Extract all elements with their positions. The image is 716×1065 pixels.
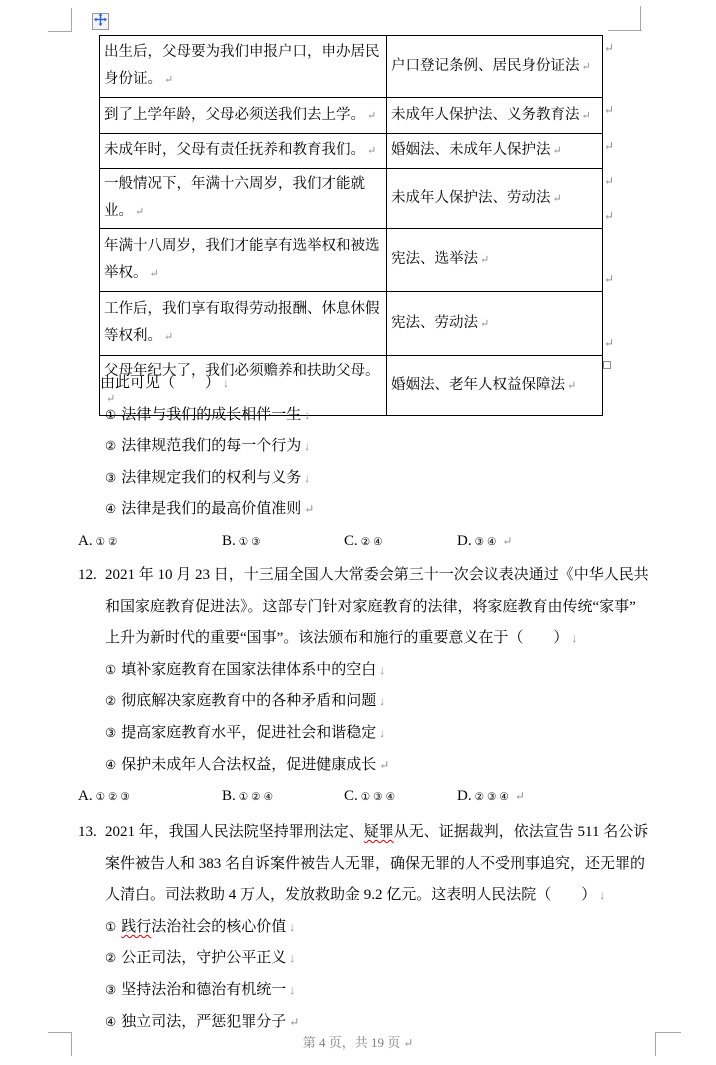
- soft-break-mark: ↓: [379, 694, 385, 708]
- choice-numbers: ①③: [239, 537, 264, 548]
- cell-end-mark: ↵: [480, 318, 489, 330]
- question-stem: 和国家庭教育促进法》。这部专门针对家庭教育的法律，将家庭教育由传统“家事”: [72, 592, 642, 624]
- soft-break-mark: ↓: [223, 376, 229, 390]
- table-cell-situation: 未成年时，父母有责任抚养和教育我们。↵: [100, 134, 387, 169]
- soft-break-mark: ↓: [289, 951, 295, 965]
- choice-numbers: ①②④: [239, 792, 276, 803]
- spellcheck-underlined-text: 疑罪: [364, 824, 394, 840]
- cell-end-mark: ↵: [367, 145, 376, 157]
- choice-label: A.: [78, 533, 93, 549]
- cell-text: 未成年人保护法、义务教育法: [391, 107, 580, 123]
- table-cell-laws: 宪法、选举法↵: [387, 229, 603, 292]
- choice-B: B.①②④: [222, 781, 276, 814]
- soft-break-mark: ↓: [379, 663, 385, 677]
- option-marker: ④: [105, 502, 116, 516]
- paragraph-mark: ↵: [379, 758, 389, 772]
- paragraph-mark: ↵: [304, 502, 314, 516]
- choice-numbers: ①②: [96, 537, 121, 548]
- option-line: ①填补家庭教育在国家法律体系中的空白↓: [72, 655, 642, 687]
- answer-choices-row: A.①②③ B.①②④ C.①③④ D.②③④↵: [72, 781, 642, 813]
- option-marker: ③: [105, 471, 116, 485]
- option-marker: ③: [105, 726, 116, 740]
- cell-end-mark: ↵: [135, 206, 144, 218]
- question-stem: 案件被告人和 383 名自诉案件被告人无罪，确保无罪的人不受刑事追究，还无罪的: [72, 849, 642, 881]
- soft-break-mark: ↓: [289, 920, 295, 934]
- cell-text: 出生后，父母要为我们申报户口，申办居民身份证。: [104, 44, 380, 87]
- row-end-mark: ↵: [604, 140, 614, 152]
- page-footer: 第 4 页，共 19 页↵: [0, 1032, 716, 1051]
- question-stem: 12.2021 年 10 月 23 日，十三届全国人大常委会第三十一次会议表决通…: [72, 560, 642, 592]
- row-end-mark: ↵: [604, 175, 614, 187]
- table-cell-laws: 未成年人保护法、义务教育法↵: [387, 98, 603, 134]
- option-line: ④保护未成年人合法权益，促进健康成长↵: [72, 750, 642, 782]
- option-text: 保护未成年人合法权益，促进健康成长: [121, 757, 376, 773]
- soft-break-mark: ↓: [304, 439, 310, 453]
- choice-label: A.: [78, 788, 93, 804]
- choice-label: D.: [457, 533, 472, 549]
- table-row: 年满十八周岁，我们才能享有选举权和被选举权。↵ 宪法、选举法↵: [100, 229, 603, 292]
- table-cell-laws: 户口登记条例、居民身份证法↵: [387, 36, 603, 98]
- table-row: 出生后，父母要为我们申报户口，申办居民身份证。↵ 户口登记条例、居民身份证法↵: [100, 36, 603, 98]
- soft-break-mark: ↓: [379, 726, 385, 740]
- option-line: ②彻底解决家庭教育中的各种矛盾和问题↓: [72, 686, 642, 718]
- stem-text: 案件被告人和 383 名自诉案件被告人无罪，确保无罪的人不受刑事追究，还无罪的: [105, 856, 645, 872]
- laws-table: 出生后，父母要为我们申报户口，申办居民身份证。↵ 户口登记条例、居民身份证法↵ …: [99, 35, 603, 416]
- option-marker: ①: [105, 663, 116, 677]
- row-end-mark: ↵: [604, 210, 614, 222]
- choice-label: C.: [344, 788, 358, 804]
- row-end-mark: ↵: [604, 273, 614, 285]
- option-marker: ②: [105, 951, 116, 965]
- cell-end-mark: ↵: [164, 331, 173, 343]
- option-text: 提高家庭教育水平，促进社会和谐稳定: [121, 725, 376, 741]
- table-cell-laws: 未成年人保护法、劳动法↵: [387, 169, 603, 229]
- table-cell-situation: 出生后，父母要为我们申报户口，申办居民身份证。↵: [100, 36, 387, 98]
- row-end-mark: ↵: [604, 104, 614, 116]
- option-marker: ②: [105, 694, 116, 708]
- choice-D: D.②③④↵: [457, 781, 525, 814]
- cell-end-mark: ↵: [553, 193, 562, 205]
- table-cell-laws: 婚姻法、未成年人保护法↵: [387, 134, 603, 169]
- page-number-text: 第 4 页，共 19 页: [303, 1035, 401, 1050]
- spellcheck-underlined-text: 践行: [121, 919, 151, 935]
- cell-text: 户口登记条例、居民身份证法: [391, 58, 580, 74]
- option-marker: ③: [105, 983, 116, 997]
- option-marker: ②: [105, 439, 116, 453]
- choice-numbers: ②③④: [475, 792, 512, 803]
- cell-end-mark: ↵: [367, 110, 376, 122]
- option-marker: ①: [105, 408, 116, 422]
- cell-text: 年满十八周岁，我们才能享有选举权和被选举权。: [104, 238, 380, 281]
- question-13: 13.2021 年，我国人民法院坚持罪刑法定、疑罪从无、证据裁判，依法宣告 51…: [72, 817, 642, 1038]
- option-line: ①践行法治社会的核心价值↓: [72, 912, 642, 944]
- question-12: 12.2021 年 10 月 23 日，十三届全国人大常委会第三十一次会议表决通…: [72, 560, 642, 813]
- option-line: ③法律规定我们的权利与义务↓: [72, 463, 642, 495]
- crop-mark-top-right-v: [640, 6, 641, 30]
- row-end-mark: ↵: [604, 42, 614, 54]
- paragraph-mark: ↵: [403, 1036, 413, 1050]
- option-line: ①法律与我们的成长相伴一生↓: [72, 400, 642, 432]
- cell-text: 婚姻法、未成年人保护法: [391, 142, 551, 158]
- cell-text: 到了上学年龄，父母必须送我们去上学。: [104, 107, 365, 123]
- option-text: 彻底解决家庭教育中的各种矛盾和问题: [121, 693, 376, 709]
- choice-B: B.①③: [222, 526, 264, 559]
- cell-text: 宪法、选举法: [391, 251, 478, 267]
- choice-numbers: ①②③: [96, 792, 133, 803]
- choice-label: D.: [457, 788, 472, 804]
- option-marker: ①: [105, 920, 116, 934]
- option-text: 公正司法，守护公平正义: [121, 950, 286, 966]
- cell-text: 宪法、劳动法: [391, 315, 478, 331]
- soft-break-mark: ↓: [304, 471, 310, 485]
- choice-C: C.②④: [344, 526, 386, 559]
- table-cell-situation: 工作后，我们享有取得劳动报酬、休息休假等权利。↵: [100, 292, 387, 356]
- option-marker: ④: [105, 1015, 116, 1029]
- stem-text: 2021 年，我国人民法院坚持罪刑法定、: [105, 824, 364, 840]
- option-line: ④法律是我们的最高价值准则↵: [72, 494, 642, 526]
- table-row: 未成年时，父母有责任抚养和教育我们。↵ 婚姻法、未成年人保护法↵: [100, 134, 603, 169]
- table-move-handle[interactable]: [92, 13, 109, 30]
- choice-label: B.: [222, 533, 236, 549]
- soft-break-mark: ↓: [304, 408, 310, 422]
- choice-numbers: ②④: [361, 537, 386, 548]
- table-cell-laws: 宪法、劳动法↵: [387, 292, 603, 356]
- question-stem: 人清白。司法救助 4 万人，发放救助金 9.2 亿元。这表明人民法院（ ）↓: [72, 880, 642, 912]
- option-line: ②法律规范我们的每一个行为↓: [72, 431, 642, 463]
- stem-text: 从无、证据裁判，依法宣告 511 名公诉: [394, 824, 648, 840]
- choice-numbers: ①③④: [361, 792, 398, 803]
- option-text: 法律与我们的成长相伴一生: [121, 407, 301, 423]
- choice-C: C.①③④: [344, 781, 398, 814]
- question-stem: 13.2021 年，我国人民法院坚持罪刑法定、疑罪从无、证据裁判，依法宣告 51…: [72, 817, 642, 849]
- option-line: ③坚持法治和德治有机统一↓: [72, 975, 642, 1007]
- paragraph-mark: ↵: [289, 1015, 299, 1029]
- question-number: 12.: [78, 560, 97, 592]
- choice-numbers: ③④: [475, 537, 500, 548]
- choice-label: C.: [344, 533, 358, 549]
- cell-end-mark: ↵: [582, 110, 591, 122]
- cell-end-mark: ↵: [553, 145, 562, 157]
- option-line: ②公正司法，守护公平正义↓: [72, 943, 642, 975]
- option-text: 法治社会的核心价值: [151, 919, 286, 935]
- cell-text: 未成年时，父母有责任抚养和教育我们。: [104, 142, 365, 158]
- crop-mark-top-left-h: [48, 31, 72, 32]
- table-row: 到了上学年龄，父母必须送我们去上学。↵ 未成年人保护法、义务教育法↵: [100, 98, 603, 134]
- option-text: 法律规范我们的每一个行为: [121, 438, 301, 454]
- option-line: ③提高家庭教育水平，促进社会和谐稳定↓: [72, 718, 642, 750]
- paragraph-mark: ↵: [502, 534, 512, 548]
- crop-mark-top-right-h: [608, 30, 642, 31]
- cell-end-mark: ↵: [150, 268, 159, 280]
- word-document-page: { "marks": { "soft_break": "↓", "para_en…: [0, 0, 716, 1065]
- table-cell-situation: 一般情况下，年满十六周岁，我们才能就业。↵: [100, 169, 387, 229]
- cell-end-mark: ↵: [164, 74, 173, 86]
- answer-choices-row: A.①② B.①③ C.②④ D.③④↵: [72, 526, 642, 558]
- crop-mark-top-left-v: [71, 8, 72, 32]
- question-11-tail: 由此可见（ ）↓ ①法律与我们的成长相伴一生↓ ②法律规范我们的每一个行为↓ ③…: [72, 368, 642, 558]
- question-stem: 由此可见（ ）↓: [72, 368, 642, 400]
- option-text: 法律规定我们的权利与义务: [121, 470, 301, 486]
- table-cell-situation: 到了上学年龄，父母必须送我们去上学。↵: [100, 98, 387, 134]
- cell-text: 未成年人保护法、劳动法: [391, 190, 551, 206]
- question-stem: 上升为新时代的重要“国事”。该法颁布和施行的重要意义在于（ ）↓: [72, 623, 642, 655]
- table-cell-situation: 年满十八周岁，我们才能享有选举权和被选举权。↵: [100, 229, 387, 292]
- stem-text: 和国家庭教育促进法》。这部专门针对家庭教育的法律，将家庭教育由传统“家事”: [105, 599, 636, 615]
- stem-text: 上升为新时代的重要“国事”。该法颁布和施行的重要意义在于（ ）: [105, 630, 568, 646]
- choice-label: B.: [222, 788, 236, 804]
- soft-break-mark: ↓: [599, 888, 605, 902]
- cell-end-mark: ↵: [582, 61, 591, 73]
- option-text: 填补家庭教育在国家法律体系中的空白: [121, 662, 376, 678]
- stem-text: 由此可见（ ）: [100, 375, 220, 391]
- move-cross-icon: [94, 13, 107, 31]
- cell-text: 工作后，我们享有取得劳动报酬、休息休假等权利。: [104, 301, 380, 344]
- option-text: 独立司法，严惩犯罪分子: [121, 1014, 286, 1030]
- soft-break-mark: ↓: [571, 631, 577, 645]
- soft-break-mark: ↓: [289, 983, 295, 997]
- row-end-mark: ↵: [604, 337, 614, 349]
- option-text: 坚持法治和德治有机统一: [121, 982, 286, 998]
- choice-D: D.③④↵: [457, 526, 512, 559]
- stem-text: 人清白。司法救助 4 万人，发放救助金 9.2 亿元。这表明人民法院（ ）: [105, 887, 596, 903]
- cell-end-mark: ↵: [480, 254, 489, 266]
- table-row: 工作后，我们享有取得劳动报酬、休息休假等权利。↵ 宪法、劳动法↵: [100, 292, 603, 356]
- option-text: 法律是我们的最高价值准则: [121, 501, 301, 517]
- table-row: 一般情况下，年满十六周岁，我们才能就业。↵ 未成年人保护法、劳动法↵: [100, 169, 603, 229]
- option-marker: ④: [105, 758, 116, 772]
- choice-A: A.①②③: [78, 781, 133, 814]
- paragraph-mark: ↵: [515, 789, 525, 803]
- stem-text: 2021 年 10 月 23 日，十三届全国人大常委会第三十一次会议表决通过《中…: [105, 567, 649, 583]
- choice-A: A.①②: [78, 526, 120, 559]
- question-number: 13.: [78, 817, 97, 849]
